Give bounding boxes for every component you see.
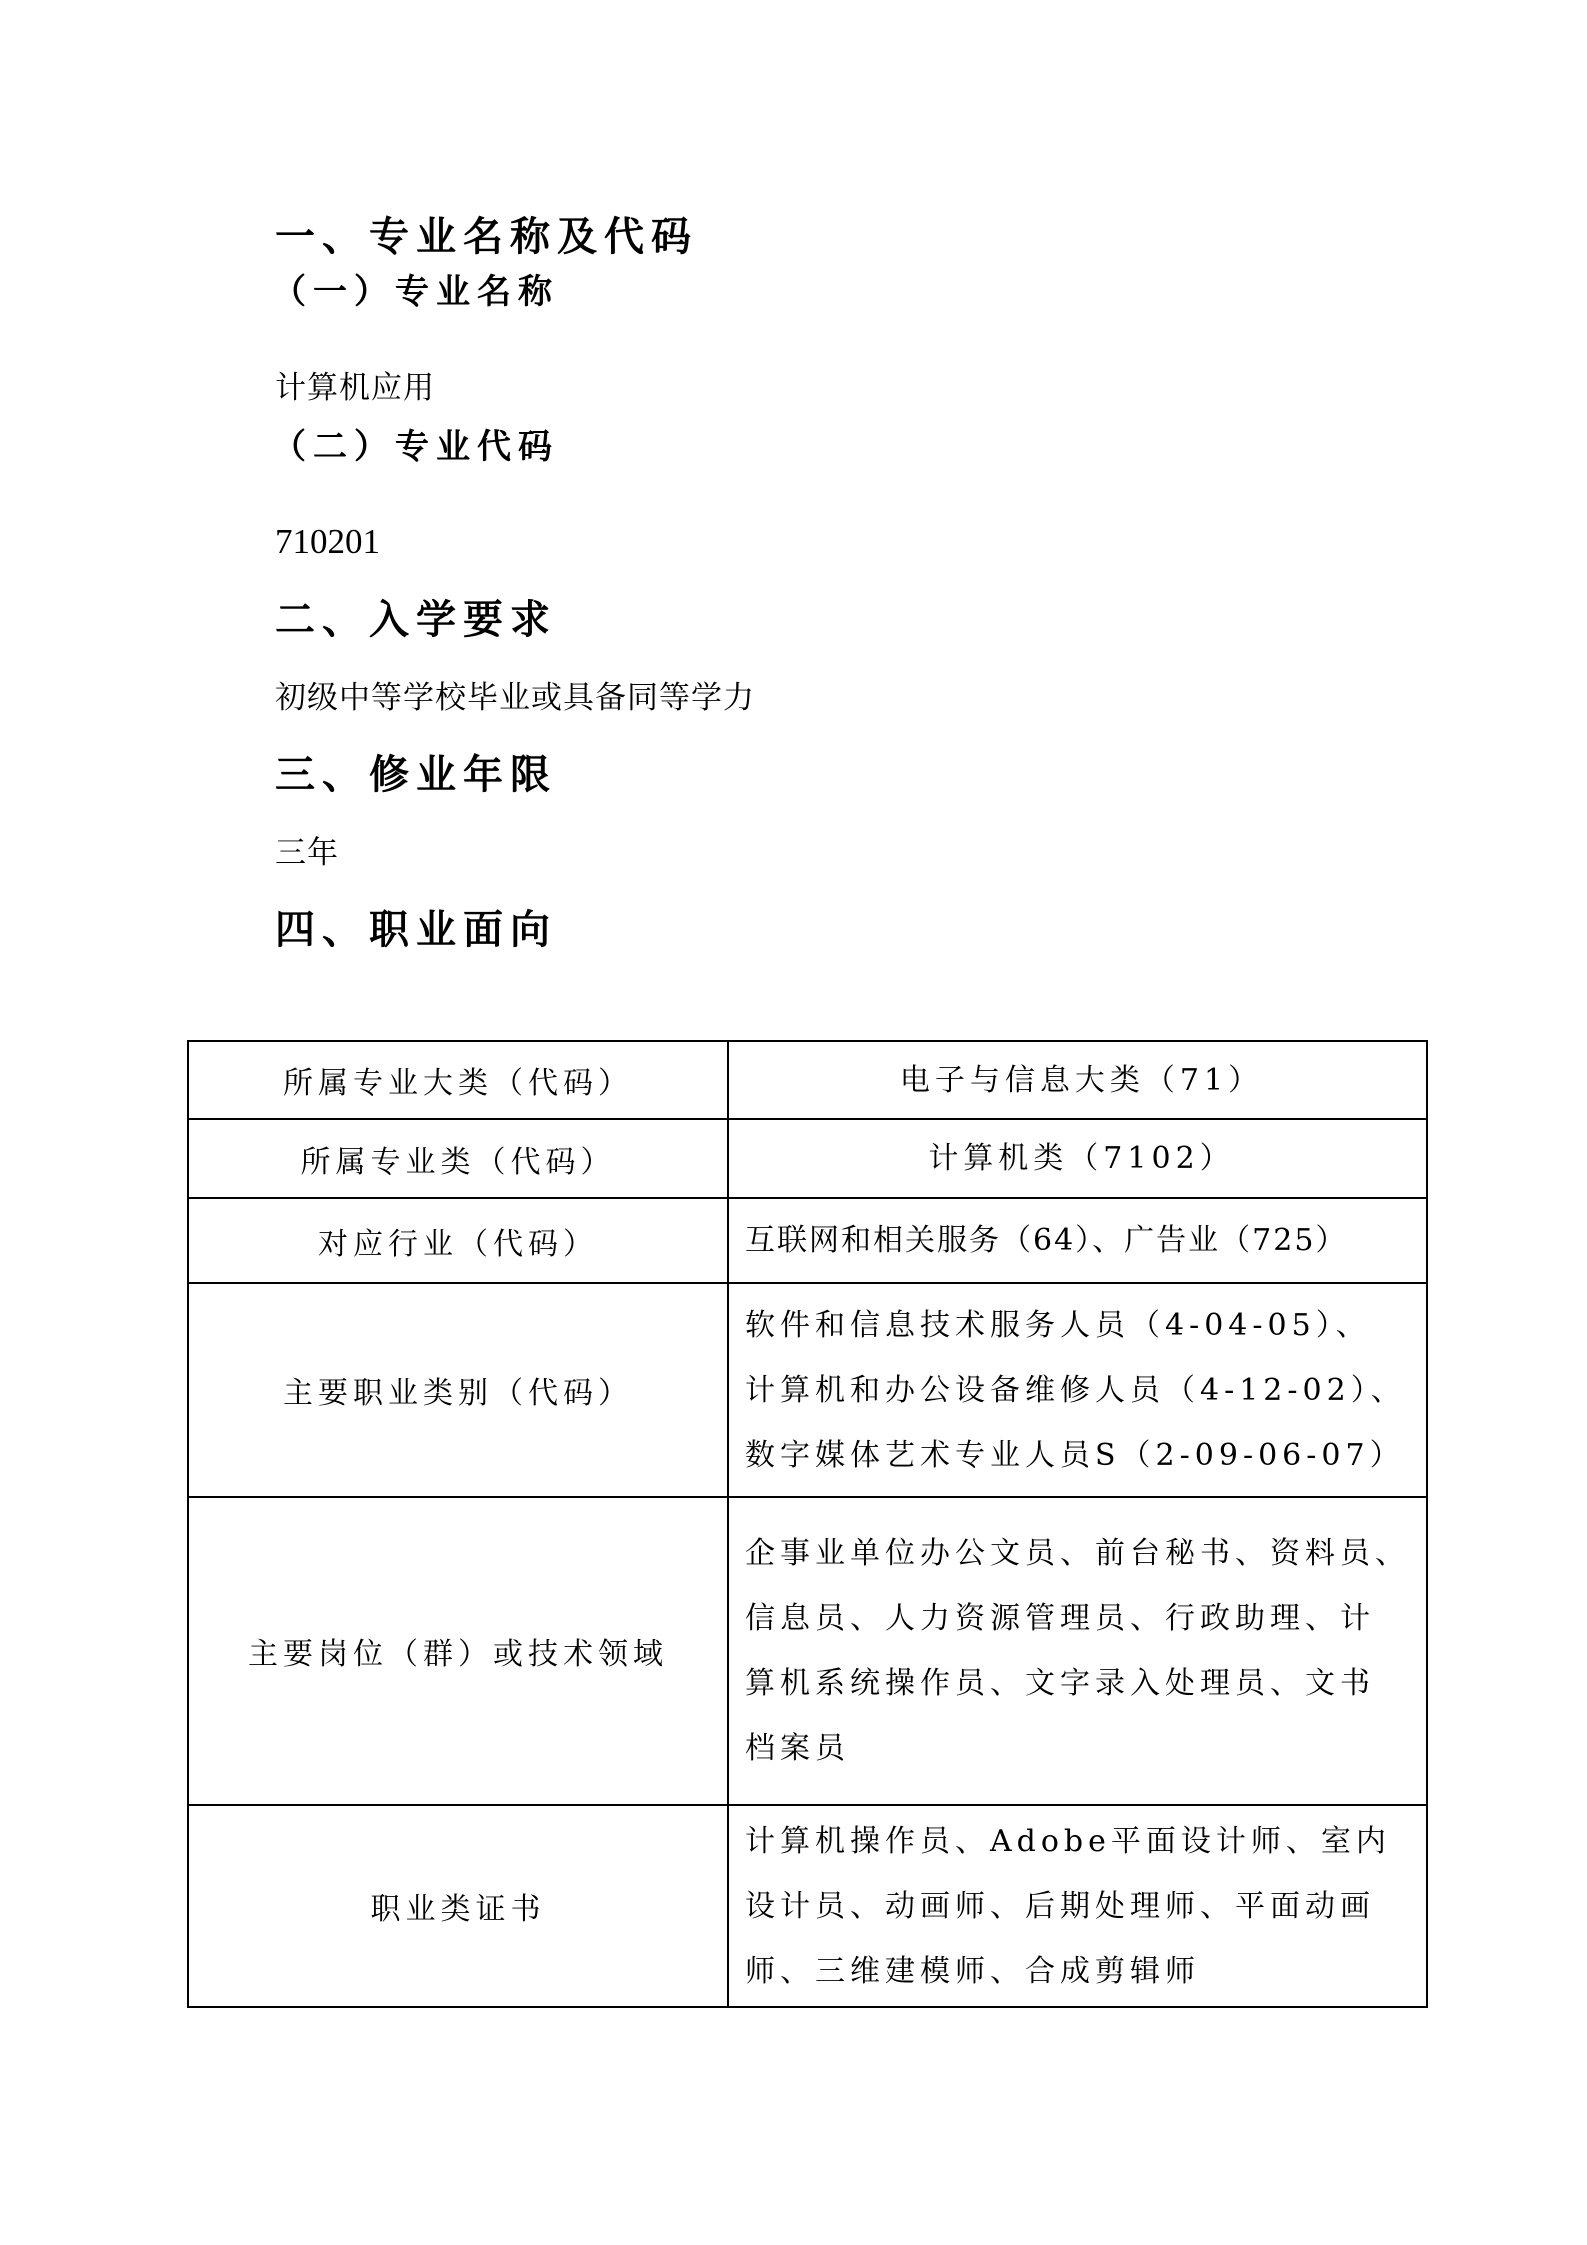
- row-label: 主要岗位（群）或技术领域: [188, 1497, 728, 1805]
- row-label: 职业类证书: [188, 1805, 728, 2007]
- value-line: 信息员、人力资源管理员、行政助理、计: [745, 1586, 1418, 1651]
- row-value: 计算机操作员、Adobe平面设计师、室内 设计员、动画师、后期处理师、平面动画 …: [728, 1805, 1427, 2007]
- value-line: 企事业单位办公文员、前台秘书、资料员、: [745, 1521, 1418, 1586]
- career-orientation-table: 所属专业大类（代码） 电子与信息大类（71） 所属专业类（代码） 计算机类（71…: [187, 1040, 1428, 2008]
- subheading-major-code: （二）专业代码: [272, 425, 559, 469]
- table-row: 主要职业类别（代码） 软件和信息技术服务人员（4-04-05）、 计算机和办公设…: [188, 1283, 1427, 1497]
- table-row: 职业类证书 计算机操作员、Adobe平面设计师、室内 设计员、动画师、后期处理师…: [188, 1805, 1427, 2007]
- row-value: 计算机类（7102）: [728, 1119, 1427, 1198]
- value-line: 档案员: [745, 1716, 1418, 1781]
- admission-requirement-value: 初级中等学校毕业或具备同等学力: [275, 676, 755, 720]
- value-line: 师、三维建模师、合成剪辑师: [745, 1939, 1418, 2004]
- row-label: 主要职业类别（代码）: [188, 1283, 728, 1497]
- value-line: 计算机操作员、Adobe平面设计师、室内: [745, 1809, 1418, 1874]
- value-line: 软件和信息技术服务人员（4-04-05）、: [745, 1293, 1418, 1358]
- value-line: 计算机和办公设备维修人员（4-12-02）、: [745, 1358, 1418, 1423]
- table-row: 主要岗位（群）或技术领域 企事业单位办公文员、前台秘书、资料员、 信息员、人力资…: [188, 1497, 1427, 1805]
- row-label: 所属专业类（代码）: [188, 1119, 728, 1198]
- duration-value: 三年: [275, 831, 339, 875]
- value-line: 计算机类（7102）: [745, 1126, 1418, 1191]
- value-line: 数字媒体艺术专业人员S（2-09-06-07）: [745, 1423, 1418, 1488]
- row-value: 电子与信息大类（71）: [728, 1041, 1427, 1119]
- row-value: 软件和信息技术服务人员（4-04-05）、 计算机和办公设备维修人员（4-12-…: [728, 1283, 1427, 1497]
- row-value: 互联网和相关服务（64）、广告业（725）: [728, 1198, 1427, 1283]
- table-row: 对应行业（代码） 互联网和相关服务（64）、广告业（725）: [188, 1198, 1427, 1283]
- row-label: 所属专业大类（代码）: [188, 1041, 728, 1119]
- row-value: 企事业单位办公文员、前台秘书、资料员、 信息员、人力资源管理员、行政助理、计 算…: [728, 1497, 1427, 1805]
- value-line: 互联网和相关服务（64）、广告业（725）: [745, 1208, 1418, 1273]
- value-line: 电子与信息大类（71）: [745, 1048, 1418, 1113]
- table-row: 所属专业大类（代码） 电子与信息大类（71）: [188, 1041, 1427, 1119]
- section-heading-admission: 二、入学要求: [275, 596, 557, 644]
- row-label: 对应行业（代码）: [188, 1198, 728, 1283]
- subheading-major-name: （一）专业名称: [272, 270, 559, 314]
- table-row: 所属专业类（代码） 计算机类（7102）: [188, 1119, 1427, 1198]
- section-heading-duration: 三、修业年限: [275, 751, 557, 799]
- major-code-value: 710201: [275, 520, 380, 564]
- section-heading-career: 四、职业面向: [275, 906, 557, 954]
- value-line: 设计员、动画师、后期处理师、平面动画: [745, 1874, 1418, 1939]
- major-name-value: 计算机应用: [275, 366, 435, 410]
- value-line: 算机系统操作员、文字录入处理员、文书: [745, 1651, 1418, 1716]
- section-heading-major-name-code: 一、专业名称及代码: [275, 213, 698, 261]
